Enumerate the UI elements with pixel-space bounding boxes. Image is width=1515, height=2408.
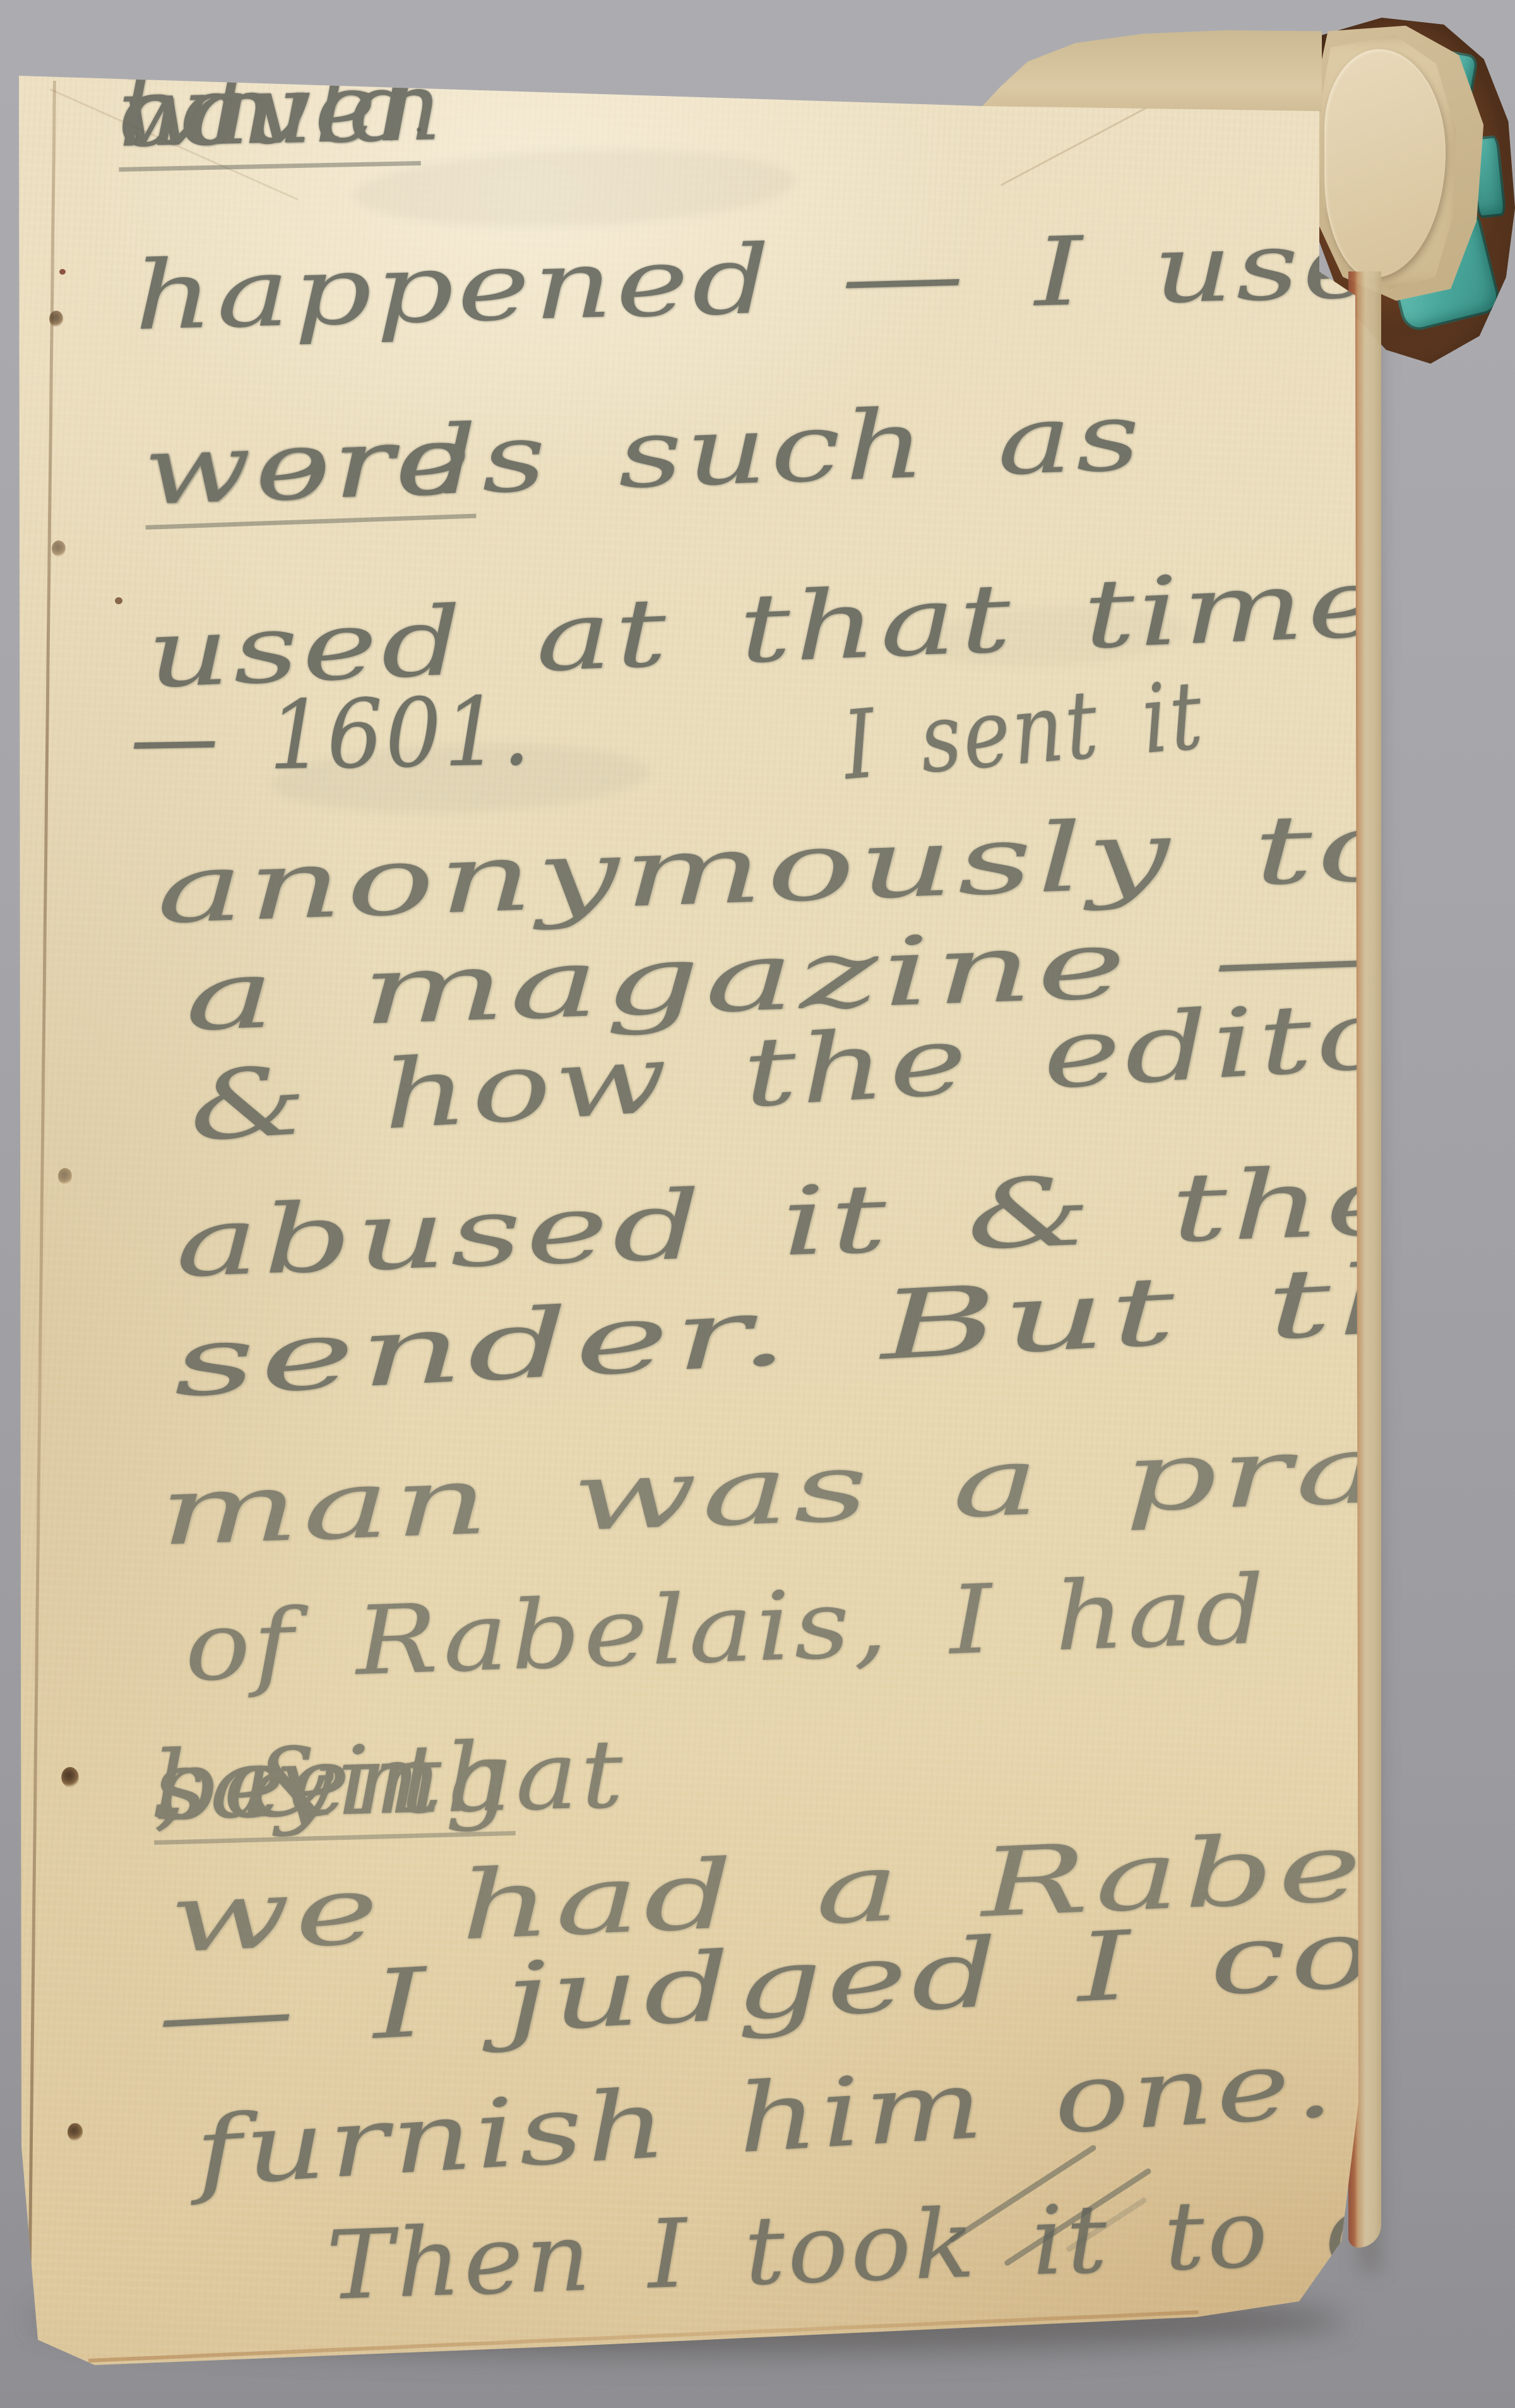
text-segment: of Rabelais, I had [183, 1563, 1269, 1695]
binding-hole [49, 311, 63, 327]
binding-hole [68, 2123, 83, 2142]
photograph-backdrop: which could have happened — I used words… [0, 0, 1515, 2408]
binding-gutter-crease [27, 81, 56, 2354]
text-segment: , & that [151, 1727, 627, 1834]
binding-hole [61, 1767, 79, 1788]
binding-hole [52, 540, 66, 557]
binding-hole [58, 1168, 72, 1184]
rust-spot [59, 269, 66, 275]
under-leaf-top-edge [980, 28, 1322, 112]
text-segment: — 1601. [129, 684, 533, 786]
text-segment: I sent it [840, 668, 1208, 794]
text-segment: man was a praiser [158, 1412, 1515, 1559]
text-segment: have [117, 61, 379, 161]
notebook-page: which could have happened — I used words… [0, 0, 1515, 2408]
text-segment: happened — I used [133, 215, 1461, 344]
text-segment: Then I took it to one [325, 2178, 1515, 2314]
stain-spot [115, 597, 122, 604]
underlined-word: were [142, 413, 476, 530]
